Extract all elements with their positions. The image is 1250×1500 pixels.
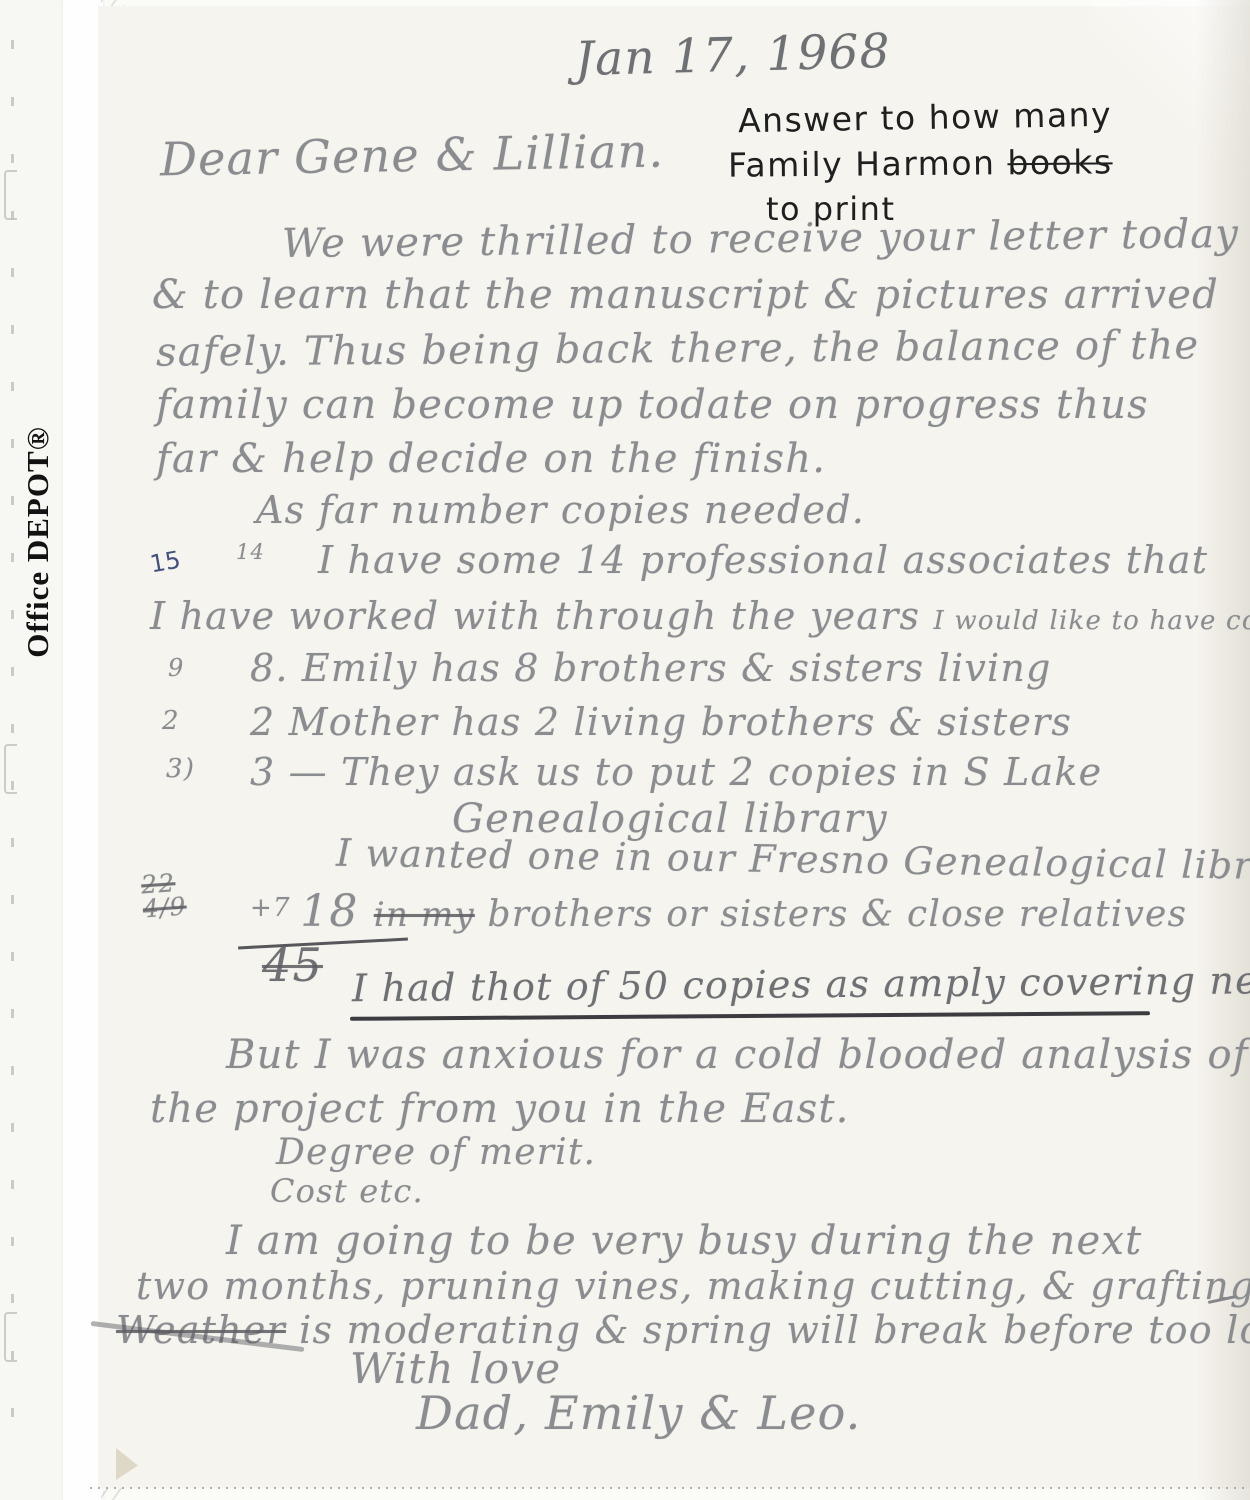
list-item-6-prefix: +7 [250, 893, 300, 923]
sum-struck-45: 45 [262, 938, 323, 992]
list-item-1c: I would like to have copy [933, 606, 1250, 636]
note-cost-etc: Cost etc. [270, 1172, 424, 1210]
binder-hole [4, 170, 17, 220]
protector-binding-strip [63, 0, 103, 1500]
margin-tally-b: 2 [162, 706, 180, 736]
office-depot-logo: Office DEPOT® [6, 362, 70, 722]
ink-note-line-1: Answer to how many [738, 95, 1113, 141]
list-item-6-number: 18 [300, 886, 374, 937]
list-item-1b: I have worked with through the years [150, 594, 933, 638]
ink-note-struck-word: books [1007, 142, 1112, 182]
list-item-1: I have some 14 professional associates t… [318, 538, 1208, 582]
list-item-6: +7 18 in my brothers or sisters & close … [250, 886, 1187, 937]
list-item-6-rest: brothers or sisters & close relatives [475, 894, 1187, 935]
paper-bottom-perforation [90, 1487, 1250, 1489]
list-item-1-prefix: 14 [236, 540, 265, 564]
binder-hole [4, 1312, 17, 1362]
list-item-3: 2 Mother has 2 living brothers & sisters [250, 700, 1072, 744]
body-line: two months, pruning vines, making cuttin… [136, 1264, 1250, 1308]
body-line: the project from you in the East. [150, 1086, 850, 1132]
body-line: But I was anxious for a cold blooded ana… [226, 1032, 1249, 1078]
ink-note-line-2-text: Family Harmon [728, 143, 1008, 184]
fifty-copies-line: I had thot of 50 copies as amply coverin… [352, 958, 1250, 1011]
body-line: far & help decide on the finish. [156, 436, 826, 482]
signature: Dad, Emily & Leo. [416, 1386, 861, 1440]
margin-struck-49: 4/9 [142, 894, 187, 921]
binder-hole [4, 744, 17, 794]
margin-tally-blue-15: 15 [148, 546, 183, 579]
list-item-1-cont: I have worked with through the years I w… [150, 594, 1250, 638]
salutation: Dear Gene & Lillian. [160, 124, 665, 187]
list-item-6-struck: in my [374, 895, 475, 935]
margin-arithmetic-struck: 22 4/9 [140, 871, 187, 921]
letter-date: Jan 17, 1968 [574, 24, 891, 87]
copies-heading: As far number copies needed. [256, 488, 865, 532]
body-line: I am going to be very busy during the ne… [226, 1218, 1142, 1264]
scanned-letter-page: Office DEPOT® Jan 17, 1968 Answer to how… [0, 0, 1250, 1500]
note-degree-of-merit: Degree of merit. [276, 1132, 596, 1173]
body-line: safely. Thus being back there, the balan… [156, 322, 1200, 375]
margin-tally-a: 9 [168, 654, 184, 682]
list-item-2: 8. Emily has 8 brothers & sisters living [250, 646, 1052, 690]
ink-note-line-2: Family Harmon books [728, 142, 1113, 184]
list-item-4: 3 — They ask us to put 2 copies in S Lak… [250, 750, 1102, 794]
body-line: family can become up todate on progress … [156, 382, 1149, 428]
margin-tally-c: 3) [166, 754, 195, 784]
body-line: & to learn that the manuscript & picture… [152, 272, 1219, 318]
office-depot-logo-text: Office DEPOT® [20, 426, 56, 658]
